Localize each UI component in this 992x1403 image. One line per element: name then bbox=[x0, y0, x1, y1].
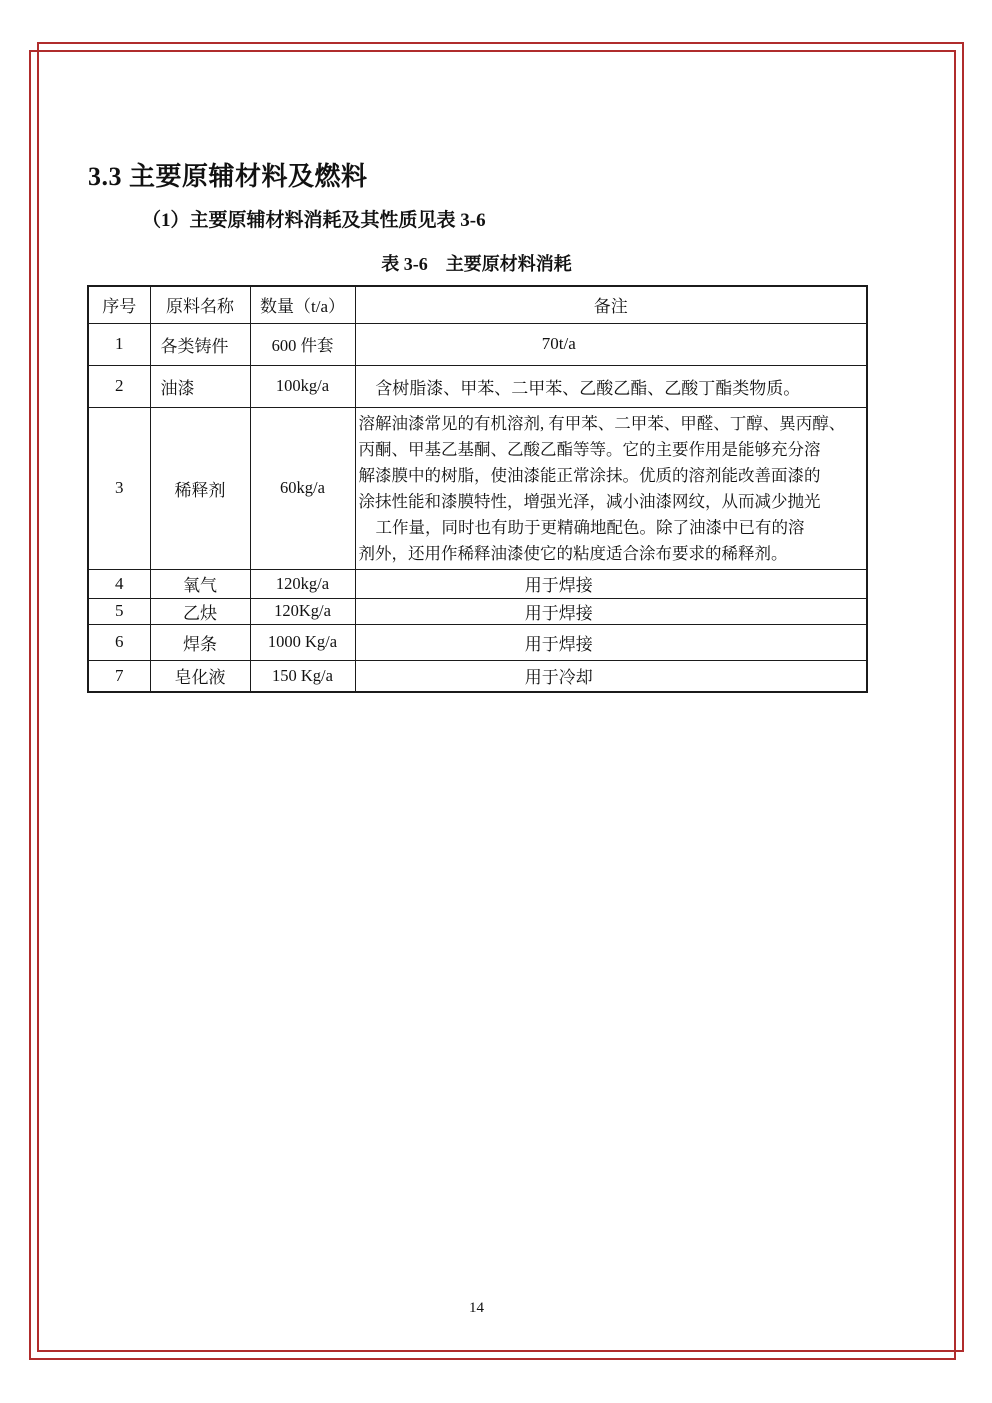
remark-line: 丙酮、甲基乙基酮、乙酸乙酯等等。它的主要作用是能够充分溶 bbox=[359, 437, 865, 463]
cell-qty: 1000 Kg/a bbox=[250, 624, 355, 660]
remark-line: 解漆膜中的树脂，使油漆能正常涂抹。优质的溶剂能改善面漆的 bbox=[359, 463, 865, 489]
cell-name: 氧气 bbox=[150, 569, 250, 598]
col-header-name: 原料名称 bbox=[150, 286, 250, 323]
table-row: 4 氧气 120kg/a 用于焊接 bbox=[88, 569, 867, 598]
cell-no: 5 bbox=[88, 598, 150, 624]
cell-no: 4 bbox=[88, 569, 150, 598]
cell-name: 各类铸件 bbox=[150, 323, 250, 365]
table-row: 5 乙炔 120Kg/a 用于焊接 bbox=[88, 598, 867, 624]
cell-qty: 100kg/a bbox=[250, 365, 355, 407]
cell-no: 3 bbox=[88, 407, 150, 569]
col-header-remark: 备注 bbox=[355, 286, 867, 323]
remark-line: 剂外，还用作稀释油漆使它的粘度适合涂布要求的稀释剂。 bbox=[359, 541, 865, 567]
cell-name: 稀释剂 bbox=[150, 407, 250, 569]
remark-line: 工作量，同时也有助于更精确地配色。除了油漆中已有的溶 bbox=[359, 515, 865, 541]
col-header-qty: 数量（t/a） bbox=[250, 286, 355, 323]
cell-no: 2 bbox=[88, 365, 150, 407]
materials-table: 序号 原料名称 数量（t/a） 备注 1 各类铸件 600 件套 70t/a 2… bbox=[87, 285, 868, 693]
cell-no: 1 bbox=[88, 323, 150, 365]
cell-remark: 用于焊接 bbox=[355, 624, 867, 660]
table-caption: 表 3-6 主要原材料消耗 bbox=[87, 250, 866, 276]
table-row: 3 稀释剂 60kg/a 溶解油漆常见的有机溶剂, 有甲苯、二甲苯、甲醛、丁醇、… bbox=[88, 407, 867, 569]
remark-line: 涂抹性能和漆膜特性，增强光泽，减小油漆网纹，从而减少抛光 bbox=[359, 489, 865, 515]
table-row: 7 皂化液 150 Kg/a 用于冷却 bbox=[88, 660, 867, 692]
cell-qty: 600 件套 bbox=[250, 323, 355, 365]
cell-name: 乙炔 bbox=[150, 598, 250, 624]
cell-qty: 120kg/a bbox=[250, 569, 355, 598]
table-row: 1 各类铸件 600 件套 70t/a bbox=[88, 323, 867, 365]
cell-name: 油漆 bbox=[150, 365, 250, 407]
cell-remark: 用于焊接 bbox=[355, 569, 867, 598]
table-row: 6 焊条 1000 Kg/a 用于焊接 bbox=[88, 624, 867, 660]
table-header-row: 序号 原料名称 数量（t/a） 备注 bbox=[88, 286, 867, 323]
page-border-inner bbox=[37, 42, 964, 1352]
cell-remark: 用于焊接 bbox=[355, 598, 867, 624]
remark-line: 溶解油漆常见的有机溶剂, 有甲苯、二甲苯、甲醛、丁醇、異丙醇、 bbox=[359, 411, 865, 437]
section-heading: 3.3 主要原辅材料及燃料 bbox=[88, 156, 368, 193]
cell-no: 6 bbox=[88, 624, 150, 660]
page-number: 14 bbox=[87, 1300, 866, 1317]
cell-no: 7 bbox=[88, 660, 150, 692]
cell-remark: 70t/a bbox=[355, 323, 867, 365]
document-page: 3.3 主要原辅材料及燃料 （1）主要原辅材料消耗及其性质见表 3-6 表 3-… bbox=[0, 0, 992, 1403]
cell-name: 焊条 bbox=[150, 624, 250, 660]
cell-name: 皂化液 bbox=[150, 660, 250, 692]
col-header-no: 序号 bbox=[88, 286, 150, 323]
table-row: 2 油漆 100kg/a 含树脂漆、甲苯、二甲苯、乙酸乙酯、乙酸丁酯类物质。 bbox=[88, 365, 867, 407]
cell-qty: 150 Kg/a bbox=[250, 660, 355, 692]
cell-qty: 60kg/a bbox=[250, 407, 355, 569]
cell-remark: 用于冷却 bbox=[355, 660, 867, 692]
cell-remark: 溶解油漆常见的有机溶剂, 有甲苯、二甲苯、甲醛、丁醇、異丙醇、 丙酮、甲基乙基酮… bbox=[355, 407, 867, 569]
cell-remark: 含树脂漆、甲苯、二甲苯、乙酸乙酯、乙酸丁酯类物质。 bbox=[355, 365, 867, 407]
cell-qty: 120Kg/a bbox=[250, 598, 355, 624]
subsection-heading: （1）主要原辅材料消耗及其性质见表 3-6 bbox=[142, 205, 486, 232]
